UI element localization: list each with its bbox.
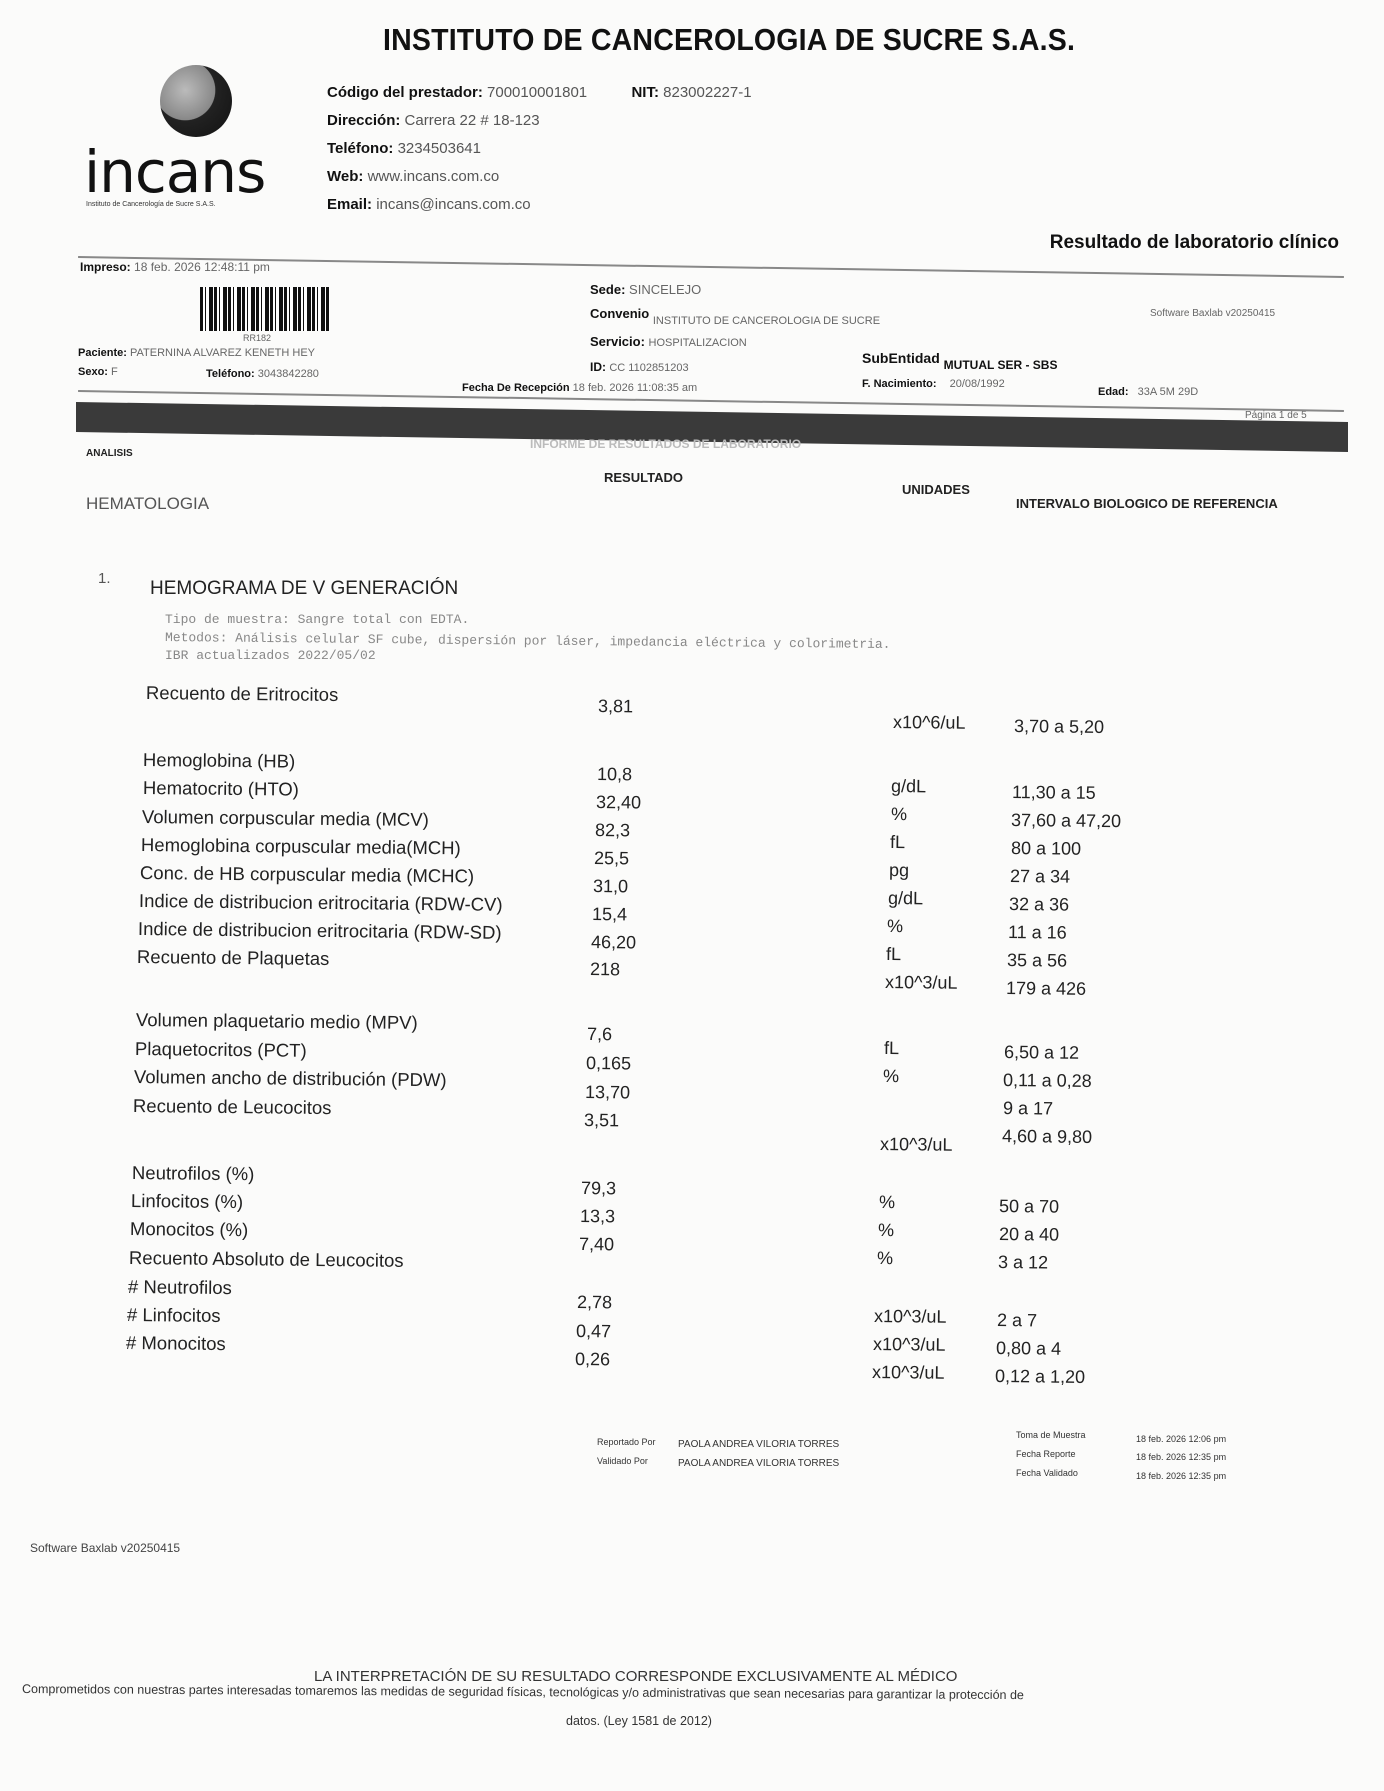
- recepcion-value: 18 feb. 2026 11:08:35 am: [573, 382, 698, 394]
- privacy-law: datos. (Ley 1581 de 2012): [566, 1714, 712, 1728]
- paciente-telefono-label: Teléfono:: [206, 368, 255, 380]
- result-label: Plaquetocritos (PCT): [135, 1038, 307, 1062]
- result-value: 13,3: [580, 1206, 615, 1227]
- result-reference: 11,30 a 15: [1012, 782, 1096, 804]
- logo-subtitle: Instituto de Cancerología de Sucre S.A.S…: [86, 201, 216, 208]
- logo-emblem-icon: [160, 65, 232, 137]
- impreso: Impreso: 18 feb. 2026 12:48:11 pm: [80, 260, 270, 274]
- result-label: Volumen ancho de distribución (PDW): [134, 1066, 447, 1091]
- result-unit: %: [887, 916, 903, 937]
- result-label: Hematocrito (HTO): [143, 777, 299, 801]
- privacy-notice: Comprometidos con nuestras partes intere…: [22, 1682, 1024, 1702]
- result-value: 31,0: [593, 876, 628, 897]
- result-label: Recuento Absoluto de Leucocitos: [129, 1247, 404, 1272]
- result-unit: %: [891, 804, 907, 825]
- result-value: 3,81: [598, 696, 633, 717]
- result-reference: 80 a 100: [1011, 838, 1081, 860]
- servicio-label: Servicio:: [590, 334, 645, 349]
- result-reference: 20 a 40: [999, 1224, 1059, 1246]
- telefono-label: Teléfono:: [327, 140, 393, 157]
- direccion-label: Dirección:: [327, 112, 400, 129]
- result-unit: fL: [890, 832, 905, 853]
- incans-logo: incans Instituto de Cancerología de Sucr…: [80, 60, 320, 210]
- result-label: # Monocitos: [126, 1332, 226, 1355]
- result-label: Recuento de Eritrocitos: [146, 682, 339, 706]
- result-unit: x10^3/uL: [885, 972, 958, 994]
- sede: Sede: SINCELEJO: [590, 282, 701, 297]
- result-unit: fL: [886, 944, 901, 965]
- telefono-value: 3234503641: [398, 140, 481, 157]
- pagina: Página 1 de 5: [1245, 410, 1307, 421]
- sexo-value: F: [111, 366, 118, 378]
- col-unidades: UNIDADES: [902, 482, 970, 497]
- note-sample-type: Tipo de muestra: Sangre total con EDTA.: [165, 612, 469, 627]
- result-unit: x10^6/uL: [893, 712, 966, 734]
- result-reference: 0,11 a 0,28: [1003, 1070, 1092, 1092]
- result-reference: 4,60 a 9,80: [1002, 1126, 1092, 1148]
- reportado-value: PAOLA ANDREA VILORIA TORRES: [678, 1439, 839, 1450]
- result-reference: 11 a 16: [1008, 922, 1067, 944]
- email-label: Email:: [327, 196, 372, 213]
- report-title: Resultado de laboratorio clínico: [1050, 232, 1339, 254]
- result-label: Volumen plaquetario medio (MPV): [136, 1009, 418, 1034]
- sexo-label: Sexo:: [78, 366, 108, 378]
- codigo-value: 700010001801: [487, 84, 587, 101]
- edad: Edad: 33A 5M 29D: [1098, 386, 1198, 398]
- result-reference: 0,12 a 1,20: [995, 1366, 1085, 1388]
- result-value: 46,20: [591, 932, 636, 953]
- software-version: Software Baxlab v20250415: [30, 1541, 180, 1555]
- result-unit: x10^3/uL: [874, 1306, 947, 1328]
- result-label: Volumen corpuscular media (MCV): [142, 806, 429, 831]
- paciente-label: Paciente:: [78, 347, 127, 359]
- sexo: Sexo: F: [78, 366, 118, 378]
- result-unit: %: [877, 1248, 893, 1269]
- result-reference: 9 a 17: [1003, 1098, 1053, 1120]
- result-unit: fL: [884, 1038, 899, 1059]
- result-unit: %: [878, 1220, 894, 1241]
- fecha-nacimiento: F. Nacimiento: 20/08/1992: [862, 378, 1005, 390]
- codigo-label: Código del prestador:: [327, 84, 483, 101]
- nit-value: 823002227-1: [663, 84, 751, 101]
- result-value: 32,40: [596, 792, 641, 813]
- col-intervalo: INTERVALO BIOLOGICO DE REFERENCIA: [1016, 496, 1278, 511]
- paciente-telefono-value: 3043842280: [258, 368, 319, 380]
- result-reference: 50 a 70: [999, 1196, 1059, 1218]
- result-reference: 179 a 426: [1006, 978, 1086, 1000]
- result-value: 10,8: [597, 764, 632, 785]
- result-label: Recuento de Leucocitos: [133, 1095, 332, 1119]
- reporte-value: 18 feb. 2026 12:35 pm: [1136, 1452, 1226, 1462]
- id-value: CC 1102851203: [609, 362, 688, 374]
- convenio: Convenio INSTITUTO DE CANCEROLOGIA DE SU…: [590, 306, 880, 321]
- subentidad-label: SubEntidad: [862, 350, 940, 366]
- nacimiento-label: F. Nacimiento:: [862, 378, 937, 390]
- result-unit: %: [883, 1066, 899, 1087]
- result-reference: 3 a 12: [998, 1252, 1048, 1274]
- sede-value: SINCELEJO: [629, 282, 701, 297]
- impreso-value: 18 feb. 2026 12:48:11 pm: [134, 260, 270, 274]
- toma-value: 18 feb. 2026 12:06 pm: [1136, 1434, 1226, 1444]
- result-reference: 2 a 7: [997, 1310, 1037, 1331]
- impreso-label: Impreso:: [80, 260, 131, 274]
- result-value: 2,78: [577, 1292, 612, 1313]
- result-value: 218: [590, 959, 620, 980]
- validado-value: PAOLA ANDREA VILORIA TORRES: [678, 1458, 839, 1469]
- result-reference: 0,80 a 4: [996, 1338, 1061, 1360]
- web-link[interactable]: www.incans.com.co: [368, 168, 500, 185]
- paciente: Paciente: PATERNINA ALVAREZ KENETH HEY: [78, 347, 315, 359]
- subentidad: SubEntidad MUTUAL SER - SBS: [862, 350, 1057, 366]
- barcode: [200, 287, 330, 331]
- result-value: 82,3: [595, 820, 630, 841]
- web: Web: www.incans.com.co: [327, 168, 499, 185]
- result-label: Neutrofilos (%): [132, 1162, 255, 1185]
- toma-label: Toma de Muestra: [1016, 1430, 1086, 1440]
- email-link[interactable]: incans@incans.com.co: [376, 196, 530, 213]
- convenio-value: INSTITUTO DE CANCEROLOGIA DE SUCRE: [653, 315, 880, 327]
- result-label: # Neutrofilos: [128, 1276, 232, 1299]
- result-label: # Linfocitos: [127, 1304, 221, 1327]
- result-label: Hemoglobina (HB): [143, 749, 295, 773]
- result-value: 79,3: [581, 1178, 616, 1199]
- result-reference: 27 a 34: [1010, 866, 1070, 888]
- direccion-value: Carrera 22 # 18-123: [405, 112, 540, 129]
- test-number: 1.: [98, 570, 111, 587]
- validado-fecha-label: Fecha Validado: [1016, 1468, 1078, 1478]
- result-value: 25,5: [594, 848, 629, 869]
- section-hematologia: HEMATOLOGIA: [86, 494, 209, 514]
- id: ID: CC 1102851203: [590, 360, 689, 374]
- result-value: 0,47: [576, 1321, 611, 1342]
- note-ibr: IBR actualizados 2022/05/02: [165, 648, 376, 663]
- reporte-label: Fecha Reporte: [1016, 1449, 1076, 1459]
- validado-fecha-value: 18 feb. 2026 12:35 pm: [1136, 1471, 1226, 1481]
- result-value: 13,70: [585, 1082, 630, 1103]
- result-label: Indice de distribucion eritrocitaria (RD…: [139, 890, 503, 916]
- result-unit: x10^3/uL: [873, 1334, 946, 1356]
- servicio: Servicio: HOSPITALIZACION: [590, 334, 747, 349]
- direccion: Dirección: Carrera 22 # 18-123: [327, 112, 540, 129]
- result-label: Monocitos (%): [130, 1218, 248, 1241]
- result-unit: g/dL: [891, 776, 926, 797]
- col-analisis: ANALISIS: [86, 448, 133, 459]
- result-value: 0,26: [575, 1349, 610, 1370]
- software-version-top: Software Baxlab v20250415: [1150, 308, 1275, 319]
- result-unit: x10^3/uL: [872, 1362, 945, 1384]
- result-unit: pg: [889, 860, 909, 881]
- result-unit: %: [879, 1192, 895, 1213]
- result-reference: 37,60 a 47,20: [1011, 810, 1121, 832]
- id-label: ID:: [590, 360, 606, 374]
- institution-title: INSTITUTO DE CANCEROLOGIA DE SUCRE S.A.S…: [383, 22, 1075, 58]
- logo-wordmark: incans: [84, 138, 265, 206]
- fecha-recepcion: Fecha De Recepción 18 feb. 2026 11:08:35…: [462, 382, 697, 394]
- web-label: Web:: [327, 168, 363, 185]
- result-reference: 3,70 a 5,20: [1014, 716, 1104, 738]
- result-reference: 35 a 56: [1007, 950, 1067, 972]
- interpretation-notice: LA INTERPRETACIÓN DE SU RESULTADO CORRES…: [314, 1668, 957, 1685]
- result-label: Recuento de Plaquetas: [137, 946, 330, 970]
- edad-value: 33A 5M 29D: [1138, 386, 1199, 398]
- nit-label: NIT:: [631, 84, 659, 101]
- paciente-telefono: Teléfono: 3043842280: [206, 368, 319, 380]
- result-label: Linfocitos (%): [131, 1190, 243, 1213]
- result-reference: 32 a 36: [1009, 894, 1069, 916]
- edad-label: Edad:: [1098, 386, 1129, 398]
- nacimiento-value: 20/08/1992: [950, 378, 1005, 390]
- subentidad-value: MUTUAL SER - SBS: [944, 358, 1058, 372]
- result-label: Hemoglobina corpuscular media(MCH): [141, 834, 461, 859]
- paciente-value: PATERNINA ALVAREZ KENETH HEY: [130, 347, 315, 359]
- result-unit: x10^3/uL: [880, 1134, 953, 1156]
- result-value: 15,4: [592, 904, 627, 925]
- test-title: HEMOGRAMA DE V GENERACIÓN: [150, 578, 458, 600]
- sede-label: Sede:: [590, 282, 625, 297]
- result-value: 3,51: [584, 1110, 619, 1131]
- result-value: 7,40: [579, 1234, 614, 1255]
- recepcion-label: Fecha De Recepción: [462, 382, 570, 394]
- convenio-label: Convenio: [590, 306, 649, 321]
- telefono-institucion: Teléfono: 3234503641: [327, 140, 481, 157]
- result-reference: 6,50 a 12: [1004, 1042, 1079, 1064]
- email: Email: incans@incans.com.co: [327, 196, 531, 213]
- result-unit: g/dL: [888, 888, 923, 909]
- servicio-value: HOSPITALIZACION: [649, 337, 747, 349]
- result-value: 7,6: [587, 1024, 612, 1045]
- reportado-label: Reportado Por: [597, 1437, 656, 1447]
- result-value: 0,165: [586, 1053, 631, 1074]
- band-title: INFORME DE RESULTADOS DE LABORATORIO: [530, 437, 801, 451]
- codigo-prestador: Código del prestador: 700010001801 NIT: …: [327, 84, 752, 101]
- result-label: Indice de distribucion eritrocitaria (RD…: [138, 918, 502, 944]
- validado-label: Validado Por: [597, 1456, 648, 1466]
- result-label: Conc. de HB corpuscular media (MCHC): [140, 862, 474, 887]
- barcode-number: RR182: [243, 333, 271, 343]
- col-resultado: RESULTADO: [604, 470, 683, 485]
